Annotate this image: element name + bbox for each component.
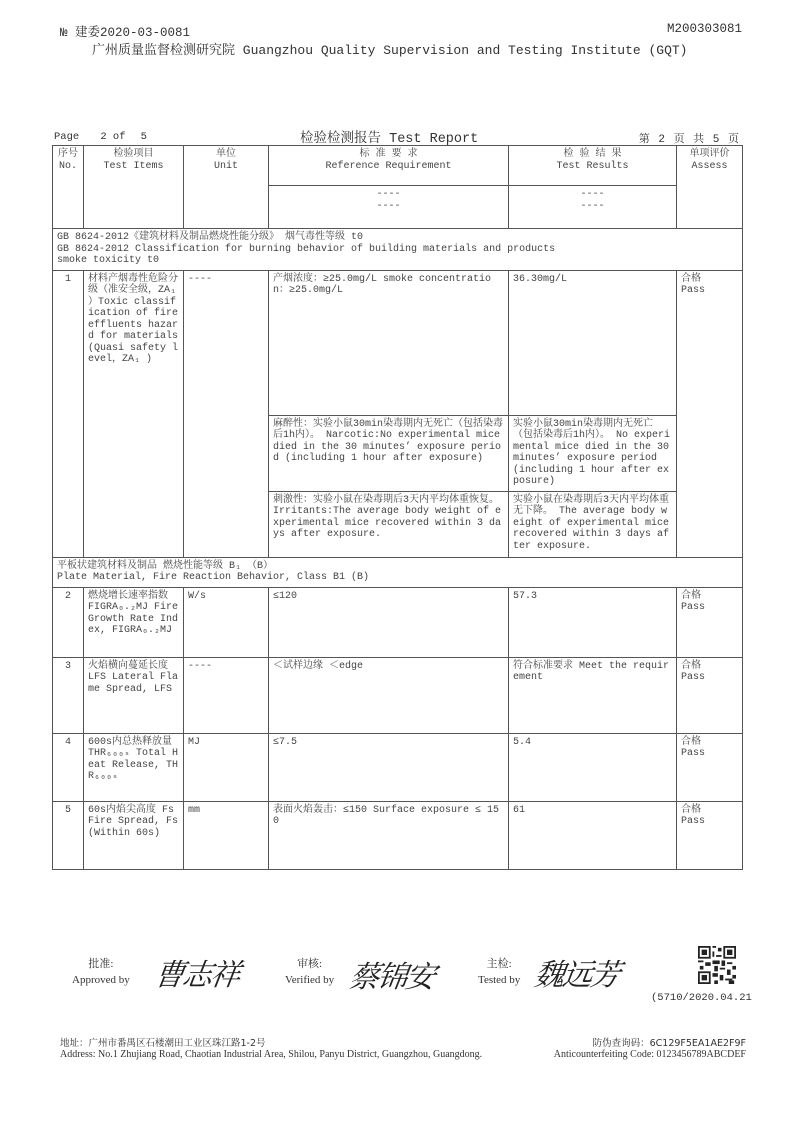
report-code: M200303081 — [667, 22, 742, 36]
table-row: 1 材料产烟毒性危险分级（准安全级，ZA₁ ）Toxic classificat… — [53, 270, 743, 415]
report-title: 检验检测报告 Test Report — [300, 126, 478, 147]
requirement: 产烟浓度：≥25.0mg/L smoke concentration：≥25.0… — [269, 270, 509, 415]
unit: mm — [184, 801, 269, 869]
anticounterfeit-code-en: Anticounterfeiting Code: 0123456789ABCDE… — [554, 1049, 746, 1060]
unit: W/s — [184, 587, 269, 657]
row-number: 1 — [53, 270, 84, 557]
unit: ---- — [184, 657, 269, 733]
header-reference: 标 准 要 求Reference Requirement — [269, 146, 509, 186]
assess: 合格Pass — [677, 657, 743, 733]
document-number: № 建委2020-03-0081 — [60, 22, 190, 40]
page-of: 2 of — [100, 131, 134, 143]
section-smoke-toxicity: GB 8624-2012《建筑材料及制品燃烧性能分级》 烟气毒性等级 t0 GB… — [53, 229, 743, 271]
reference-dashes: -------- — [269, 186, 509, 229]
header-test-items: 检验项目Test Items — [84, 146, 184, 229]
requirement: ≤120 — [269, 587, 509, 657]
requirement: 表面火焰轰击：≤150 Surface exposure ≤ 150 — [269, 801, 509, 869]
tested-signature: 魏远芳 — [532, 950, 622, 994]
test-item: 材料产烟毒性危险分级（准安全级，ZA₁ ）Toxic classificatio… — [84, 270, 184, 557]
tested-by-label: 主检:Tested by — [478, 956, 520, 988]
address-cn: 地址：广州市番禺区石楼潮田工业区珠江路1-2号 — [60, 1035, 266, 1049]
test-report-table: 序号No. 检验项目Test Items 单位Unit 标 准 要 求Refer… — [52, 145, 743, 870]
address-en: Address: No.1 Zhujiang Road, Chaotian In… — [60, 1049, 482, 1060]
result: 5.4 — [509, 733, 677, 801]
requirement: 麻醉性：实验小鼠30min染毒期内无死亡（包括染毒后1h内）。 Narcotic… — [269, 415, 509, 491]
row-number: 4 — [53, 733, 84, 801]
result: 实验小鼠在染毒期后3天内平均体重无下降。 The average body we… — [509, 491, 677, 557]
assess: 合格Pass — [677, 733, 743, 801]
requirement: ≤7.5 — [269, 733, 509, 801]
table-row: 3 火焰横向蔓延长度 LFS Lateral Flame Spread, LFS… — [53, 657, 743, 733]
page-indicator-cn: 第 2 页 共 5 页 — [639, 130, 740, 146]
header-unit: 单位Unit — [184, 146, 269, 229]
result: 57.3 — [509, 587, 677, 657]
assess: 合格Pass — [677, 587, 743, 657]
test-item: 60s内焰尖高度 Fs Fire Spread, Fs(Within 60s) — [84, 801, 184, 869]
row-number: 5 — [53, 801, 84, 869]
table-row: 4 600s内总热释放量 THR₆₀₀ₛ Total Heat Release,… — [53, 733, 743, 801]
assess: 合格Pass — [677, 801, 743, 869]
result-dashes: -------- — [509, 186, 677, 229]
row-number: 2 — [53, 587, 84, 657]
header-assess: 单项评价Assess — [677, 146, 743, 229]
page-total: 5 — [141, 131, 147, 143]
row-number: 3 — [53, 657, 84, 733]
unit: ---- — [184, 270, 269, 557]
approved-by-label: 批准:Approved by — [72, 956, 130, 988]
page-indicator: Page 2 of 5 — [54, 131, 147, 143]
header-results: 检 验 结 果Test Results — [509, 146, 677, 186]
test-item: 600s内总热释放量 THR₆₀₀ₛ Total Heat Release, T… — [84, 733, 184, 801]
header-no: 序号No. — [53, 146, 84, 229]
result: 61 — [509, 801, 677, 869]
requirement: ＜试样边缘 ＜edge — [269, 657, 509, 733]
table-row: 2 燃烧增长速率指数 FIGRA₀.₂MJ Fire Growth Rate I… — [53, 587, 743, 657]
page-label: Page — [54, 131, 94, 143]
test-item: 火焰横向蔓延长度 LFS Lateral Flame Spread, LFS — [84, 657, 184, 733]
stamp-date: (5710/2020.04.21 — [651, 992, 752, 1004]
anticounterfeit-code-cn: 防伪查询码：6C129F5EA1AE2F9F — [593, 1035, 746, 1049]
result: 符合标准要求 Meet the requirement — [509, 657, 677, 733]
assess: 合格Pass — [677, 270, 743, 557]
verified-by-label: 审核:Verified by — [285, 956, 334, 988]
section-plate-material: 平板状建筑材料及制品 燃烧性能等级 B₁ （B） Plate Material,… — [53, 557, 743, 587]
unit: MJ — [184, 733, 269, 801]
test-item: 燃烧增长速率指数 FIGRA₀.₂MJ Fire Growth Rate Ind… — [84, 587, 184, 657]
section-heading-row: GB 8624-2012《建筑材料及制品燃烧性能分级》 烟气毒性等级 t0 GB… — [53, 229, 743, 271]
qr-code-icon — [698, 946, 736, 984]
verified-signature: 蔡锦安 — [347, 952, 437, 996]
institute-name: 广州质量监督检测研究院 Guangzhou Quality Supervisio… — [92, 39, 687, 58]
table-row: 5 60s内焰尖高度 Fs Fire Spread, Fs(Within 60s… — [53, 801, 743, 869]
approved-signature: 曹志祥 — [152, 950, 242, 994]
section-heading-row: 平板状建筑材料及制品 燃烧性能等级 B₁ （B） Plate Material,… — [53, 557, 743, 587]
result: 实验小鼠30min染毒期内无死亡（包括染毒后1h内）。 No experimen… — [509, 415, 677, 491]
table-header-row: 序号No. 检验项目Test Items 单位Unit 标 准 要 求Refer… — [53, 146, 743, 186]
result: 36.30mg/L — [509, 270, 677, 415]
requirement: 刺激性：实验小鼠在染毒期后3天内平均体重恢复。 Irritants:The av… — [269, 491, 509, 557]
